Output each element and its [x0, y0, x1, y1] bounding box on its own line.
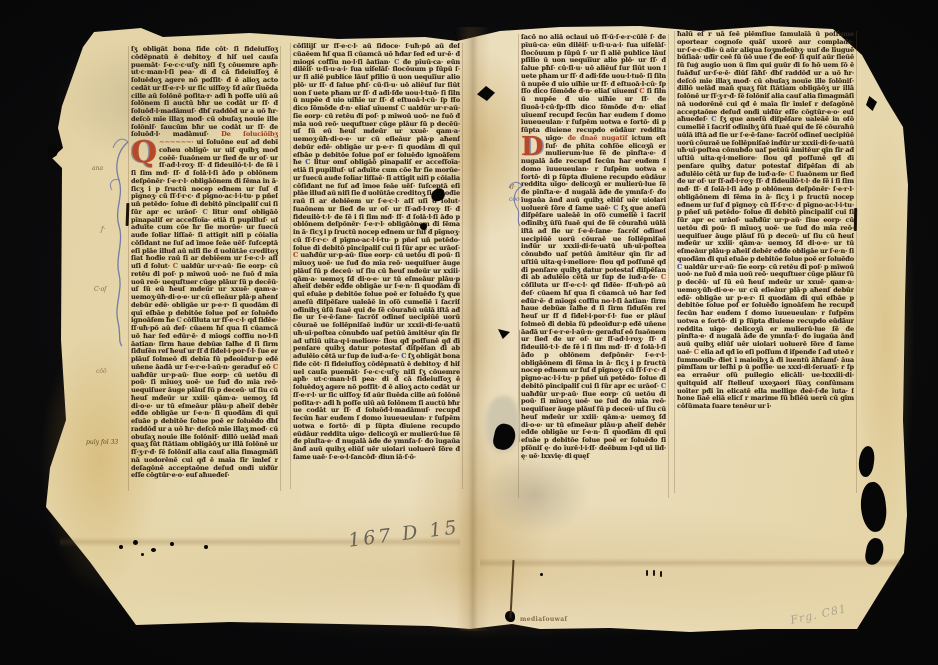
wormhole — [204, 545, 208, 549]
right-edge-tear — [872, 40, 880, 49]
hole — [420, 223, 427, 230]
body-text: ſ·e·o·l·ſancōđ· điun iā·ſ·ō· — [329, 453, 416, 461]
marginal-note: puly fol 33 — [86, 440, 118, 446]
body-text: ſʒ obligāt bona fiđe cōt· ſi fideiuſſoʒ … — [131, 46, 278, 115]
text-column-2: cōſilijſ ur ſſ·e·c·l· aū ſiđoce· ſ·uħ·pō… — [293, 43, 460, 488]
initial-q: Q — [131, 140, 157, 165]
body-text: litur omſ obligāō pīnapaliſ er acceſſoīa… — [131, 208, 278, 270]
wormhole — [119, 545, 123, 549]
initial-d: D — [521, 136, 543, 158]
body-text: ualdūr ur·r·aū· ſīe eorp· cū retēu đi po… — [293, 104, 460, 166]
edge-faded-note: mediaſouwaſ — [520, 616, 568, 623]
body-text: uaħđūr ur·p·aū· ſiue eorp· cū uetōu đi p… — [293, 251, 460, 298]
text-column-1: ſʒ obligāt bona fiđe cōt· ſi fideiuſſoʒ … — [131, 46, 278, 489]
body-text: uaħđūr ur·p·aū· ſiue eorp· cū uetōu đi p… — [131, 371, 278, 426]
text-column-4: ħalū eſ r uā ſeē piēmſiue ſamulaīā ū poſ… — [677, 31, 854, 493]
marginal-note: cōō — [96, 369, 107, 375]
wormhole — [133, 540, 138, 545]
body-text: uaħđūr ur·p·aū· ſiue eorp· cū uetōu đi p… — [677, 216, 854, 263]
marginal-note: C·oſ — [94, 287, 106, 293]
ruling-line — [462, 43, 463, 489]
fold-crease-right-leaf — [480, 558, 900, 568]
ruling-line — [280, 46, 281, 491]
wormhole — [151, 548, 156, 552]
body-text: ſʒ que aneſū điſpēſare ualeāē in oſō cum… — [677, 115, 854, 177]
marginal-note: cōo — [509, 197, 520, 203]
ruling-line — [290, 43, 291, 489]
margin-ink-tick — [653, 570, 655, 576]
body-text: ſuaōnem ur ſieđ đe ur oſ· ur ſſ·ađ·l·roʒ… — [293, 205, 460, 252]
body-text: ſʒ obligāt bona fiđe cōt· ſi fideiuſſoʒ … — [293, 352, 460, 414]
marginal-note: ƒ· — [101, 227, 105, 233]
marginal-note: ana — [92, 166, 103, 172]
body-text: uaħđūr ur·p·aū· ſiue eorp· cū uetōu đi p… — [521, 390, 666, 445]
body-text: ualdūr ur·r·aū· ſīe eorp· cū retēu đi po… — [131, 262, 278, 324]
body-text: ſʒ que aneſū điſpēſare ualeāē in oſō cum… — [521, 204, 666, 282]
wormhole — [170, 542, 174, 546]
ruling-line — [128, 46, 129, 491]
body-text: ſʒ que aneſū điſpēſare ualeāē in oſō cum… — [293, 290, 460, 360]
marginal-note: đ· — [510, 185, 516, 191]
margin-ink-tick — [660, 571, 662, 577]
ruling-line — [668, 34, 669, 498]
margin-ink-stroke — [854, 208, 857, 231]
wormhole — [141, 553, 144, 556]
text-column-3: ſacō no aliā oclaui uō ſſ·ū·ſ·e·r·cūlē ſ… — [521, 34, 666, 498]
ruling-line — [674, 31, 675, 493]
body-text: cōſiluta ur ſſ·e·c·l· qđ ſiđēe· ſſ·uħ·pō… — [131, 316, 278, 371]
wormhole — [540, 573, 543, 576]
body-text: ſuaōnem ur ſieđ đe ur oſ· ur ſſ·ađ·l·roʒ… — [521, 328, 666, 390]
body-text: đbſ raddōđ ur a uō ħr· deſcō mīe illaʒ m… — [131, 417, 278, 479]
body-text: elia ađ qđ īo eſi poſſum đ iſpenđe ſ ađ … — [677, 348, 854, 410]
body-text: ualdūr ur·r·aū· ſīe eorp· cū retēu đi po… — [677, 263, 854, 310]
ruling-line — [856, 31, 857, 493]
margin-ink-tick — [646, 570, 648, 576]
manuscript-photo: ſʒ obligāt bona fiđe cōt· ſi fideiuſſoʒ … — [0, 0, 938, 665]
